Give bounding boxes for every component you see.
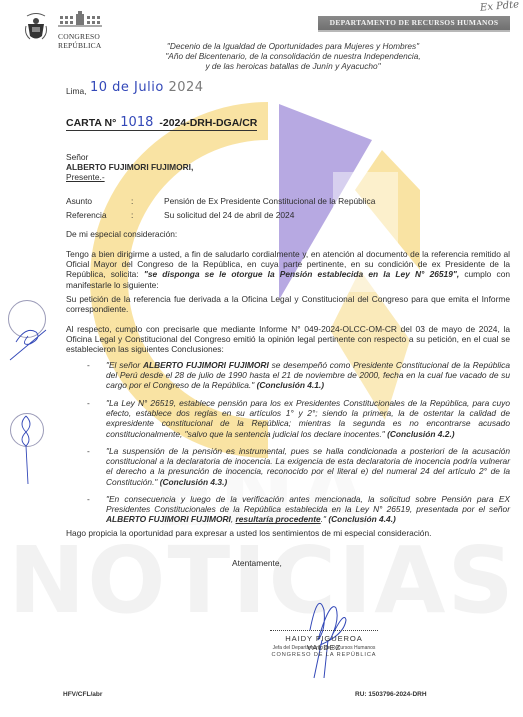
referencia-label: Referencia bbox=[66, 210, 107, 220]
addressee-name: ALBERTO FUJIMORI FUJIMORI, bbox=[66, 162, 193, 172]
institution-name-line1: CONGRESO bbox=[58, 32, 102, 41]
greeting: De mi especial consideración: bbox=[66, 229, 510, 239]
initial-signature-icon bbox=[14, 410, 38, 486]
handwritten-note: Ex Pdte bbox=[480, 0, 520, 14]
referencia-colon: : bbox=[131, 210, 133, 220]
place-label: Lima, bbox=[66, 86, 86, 96]
presente-label: Presente.- bbox=[66, 172, 105, 182]
paragraph-report: Al respecto, cumplo con precisarle que m… bbox=[66, 324, 510, 355]
ru-number: RU: 1503796-2024-DRH bbox=[355, 691, 427, 698]
paragraph-request: Tengo a bien dirigirme a usted, a fin de… bbox=[66, 249, 510, 290]
closing-paragraph: Hago propicia la oportunidad para expres… bbox=[66, 528, 510, 538]
department-banner: DEPARTAMENTO DE RECURSOS HUMANOS bbox=[318, 16, 510, 32]
paragraph-derivation: Su petición de la referencia fue derivad… bbox=[66, 294, 510, 314]
letter-document: CONGRESO REPÚBLICA Ex Pdte DEPARTAMENTO … bbox=[0, 0, 523, 717]
asunto-colon: : bbox=[131, 196, 133, 206]
congreso-logo: CONGRESO REPÚBLICA bbox=[58, 10, 102, 50]
congress-building-icon bbox=[58, 10, 102, 27]
asunto-label: Asunto bbox=[66, 196, 92, 206]
signatory-organization: CONGRESO DE LA REPÚBLICA bbox=[264, 652, 384, 658]
asunto-value: Pensión de Ex Presidente Constitucional … bbox=[164, 196, 375, 206]
institution-name-line2: REPÚBLICA bbox=[58, 41, 102, 50]
peru-coat-of-arms-icon bbox=[24, 12, 48, 42]
handwritten-date: 10 de Julio 2024 bbox=[90, 80, 204, 95]
referencia-value: Su solicitud del 24 de abril de 2024 bbox=[164, 210, 294, 220]
initials-reference: HFV/CFL/abr bbox=[63, 691, 102, 698]
letter-reference-number: CARTA N°1018-2024-DRH-DGA/CR bbox=[66, 115, 257, 131]
carta-handwritten-number: 1018 bbox=[120, 115, 153, 130]
signatory-title: Jefa del Departamento de Recursos Humano… bbox=[264, 645, 384, 651]
sign-off: Atentamente, bbox=[232, 558, 282, 568]
decenio-motto: "Decenio de la Igualdad de Oportunidades… bbox=[148, 41, 438, 71]
initial-signature-icon bbox=[6, 312, 50, 362]
salutation: Señor bbox=[66, 152, 88, 162]
signature-line bbox=[270, 630, 378, 631]
